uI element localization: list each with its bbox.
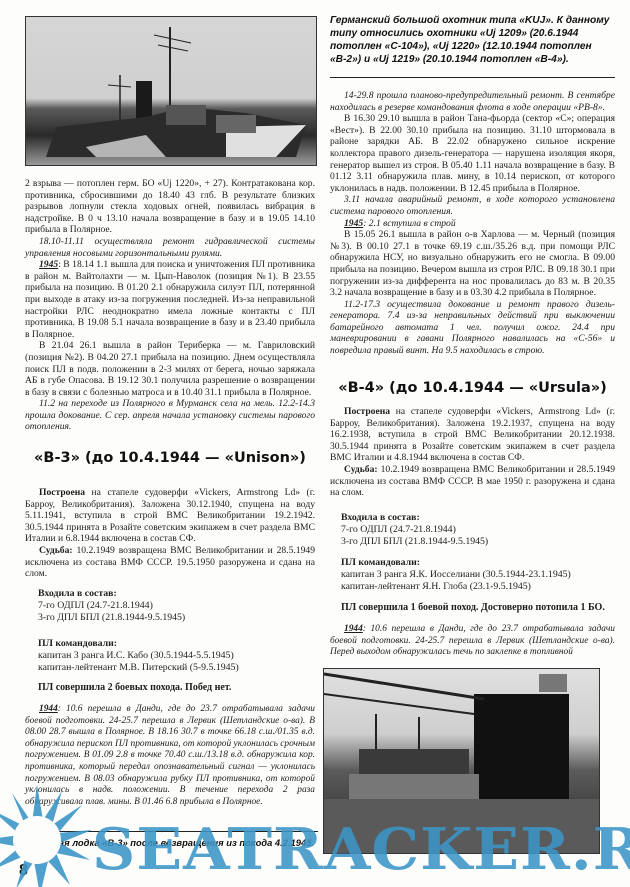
paragraph-italic: 11.2 на переходе из Полярного в Мурманск… <box>25 398 315 433</box>
fate-paragraph: Судьба: 10.2.1949 возвращена ВМС Великоб… <box>25 545 315 580</box>
unit-item: 3-го ДПЛ БПЛ (21.8.1944-9.5.1945) <box>38 612 185 624</box>
commander-item: капитан 3 ранга И.С. Кабо (30.5.1944-5.5… <box>38 650 239 662</box>
caption-divider <box>330 77 615 78</box>
b4-summary: ПЛ совершила 1 боевой поход. Достоверно … <box>341 602 605 613</box>
section-heading-b4: «В-4» (до 10.4.1944 — «Ursula») <box>330 380 615 396</box>
watermark-text: SEATRACKER.RU <box>92 817 630 884</box>
b4-description: Построена на стапеле судоверфи «Vickers,… <box>330 406 615 499</box>
sun-logo-icon <box>0 785 92 887</box>
paragraph-italic: 3.11 начала аварийный ремонт, в ходе кот… <box>330 194 615 217</box>
paragraph: В 15.05 26.1 вышла в район о-в Харлова —… <box>330 229 615 299</box>
b4-commanders: ПЛ командовали: капитан 3 ранга Я.К. Иос… <box>341 557 571 594</box>
commander-item: капитан-лейтенант М.В. Питерский (5-9.5.… <box>38 662 239 674</box>
magazine-page: Германский большой охотник типа «KUJ». К… <box>0 0 630 887</box>
paragraph: В 21.04 26.1 вышла в район Териберка — м… <box>25 340 315 398</box>
fate-paragraph: Судьба: 10.2.1949 возвращена ВМС Великоб… <box>330 464 615 499</box>
paragraph-1945: 1945: 2.1 вступила в строй <box>330 218 615 230</box>
ship-illustration-icon <box>26 17 316 165</box>
paragraph-italic: 11.2-17.3 осуществила докование и ремонт… <box>330 299 615 357</box>
unit-item: 7-го ОДПЛ (24.7-21.8.1944) <box>341 524 488 536</box>
paragraph-italic: 18.10-11.11 осуществляла ремонт гидравли… <box>25 236 315 259</box>
commander-item: капитан 3 ранга Я.К. Иосселиани (30.5.19… <box>341 569 571 581</box>
paragraph: В 16.30 29.10 вышла в район Тана-фьорда … <box>330 113 615 194</box>
built-paragraph: Построена на стапеле судоверфи «Vickers,… <box>330 406 615 464</box>
b4-units: Входила в состав: 7-го ОДПЛ (24.7-21.8.1… <box>341 512 488 549</box>
left-column: 2 взрыва — потоплен герм. БО «Uj 1220», … <box>25 178 315 433</box>
paragraph: 2 взрыва — потоплен герм. БО «Uj 1220», … <box>25 178 315 236</box>
year-label: 1945 <box>39 259 58 270</box>
b3-description: Построена на стапеле судоверфи «Vickers,… <box>25 487 315 580</box>
paragraph-1945: 1945: В 18.14 1.1 вышла для поиска и уни… <box>25 259 315 340</box>
b3-commanders: ПЛ командовали: капитан 3 ранга И.С. Каб… <box>38 638 239 675</box>
b4-log: 1944: 10.6 перешла в Данди, где до 23.7 … <box>330 624 615 659</box>
commander-item: капитан-лейтенант Я.Н. Глоба (23.1-9.5.1… <box>341 581 571 593</box>
unit-item: 3-го ДПЛ БПЛ (21.8.1944-9.5.1945) <box>341 536 488 548</box>
photo-caption-top: Германский большой охотник типа «KUJ». К… <box>330 14 615 66</box>
right-column: 14-29.8 прошла планово-предупредительный… <box>330 90 615 357</box>
built-paragraph: Построена на стапеле судоверфи «Vickers,… <box>25 487 315 545</box>
unit-item: 7-го ОДПЛ (24.7-21.8.1944) <box>38 600 185 612</box>
b3-units: Входила в состав: 7-го ОДПЛ (24.7-21.8.1… <box>38 588 185 625</box>
b3-summary: ПЛ совершила 2 боевых похода. Побед нет. <box>38 682 231 693</box>
photo-german-sub-chaser <box>25 16 317 166</box>
section-heading-b3: «В-3» (до 10.4.1944 — «Unison») <box>25 450 315 466</box>
paragraph-italic: 14-29.8 прошла планово-предупредительный… <box>330 90 615 113</box>
